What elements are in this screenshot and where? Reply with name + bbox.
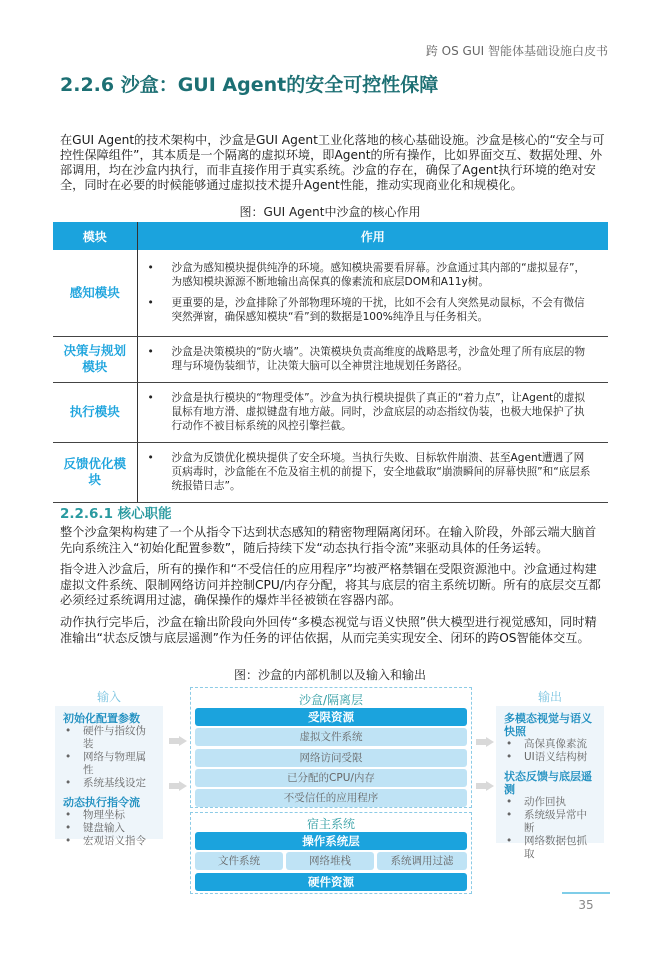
bullet-icon: •: [148, 451, 172, 493]
input-item: •宏观语义指令: [63, 835, 155, 848]
table-row: 执行模块 •沙盒是执行模块的“物理受体”。沙盒为执行模块提供了真正的“着力点”，…: [53, 382, 608, 442]
input-panel: 初始化配置参数 •硬件与指纹伪装 •网络与物理属性 •系统基线设定 动态执行指令…: [55, 706, 163, 839]
bullet-item: •沙盒是执行模块的“物理受体”。沙盒为执行模块提供了真正的“着力点”，让Agen…: [148, 391, 595, 433]
arrow-right-icon: [169, 736, 187, 746]
host-title: 宿主系统: [190, 815, 472, 832]
table-row: 感知模块 •沙盒为感知模块提供纯净的环境。感知模块需要看屏幕。沙盒通过其内部的“…: [53, 250, 608, 336]
hardware-bar: 硬件资源: [195, 873, 467, 891]
header-role: 作用: [137, 222, 608, 250]
body-paragraph: 动作执行完毕后，沙盒在输出阶段向外回传“多模态视觉与语义快照”供大模型进行视觉感…: [60, 615, 605, 646]
arrow-right-icon: [476, 781, 494, 791]
sandbox-layer: 不受信任的应用程序: [195, 789, 467, 807]
section-title: 2.2.6 沙盒：GUI Agent的安全可控性保障: [60, 70, 438, 97]
arrow-right-icon: [169, 781, 187, 791]
bullet-icon: •: [148, 391, 172, 433]
output-group-title: 状态反馈与底层遥测: [504, 770, 596, 796]
output-group-title: 多模态视觉与语义快照: [504, 712, 596, 738]
input-item: •硬件与指纹伪装: [63, 725, 155, 751]
output-item: •UI语义结构树: [504, 751, 596, 764]
restricted-resources-bar: 受限资源: [195, 708, 467, 726]
bullet-icon: •: [148, 261, 172, 289]
running-header: 跨 OS GUI 智能体基础设施白皮书: [426, 42, 608, 59]
table-header-row: 模块 作用: [53, 222, 608, 250]
output-label: 输出: [496, 688, 604, 705]
output-item: •动作回执: [504, 796, 596, 809]
footer-rule: [562, 892, 610, 894]
output-item: •系统级异常中断: [504, 809, 596, 835]
sandbox-layer: 已分配的CPU/内存: [195, 769, 467, 787]
sandbox-title: 沙盒/隔离层: [190, 691, 472, 708]
bullet-item: •沙盒是决策模块的“防火墙”。决策模块负责高维度的战略思考，沙盒处理了所有底层的…: [148, 345, 595, 373]
body-paragraph: 指令进入沙盒后，所有的操作和“不受信任的应用程序”均被严格禁锢在受限资源池中。沙…: [60, 562, 605, 609]
diagram-caption: 图：沙盒的内部机制以及输入和输出: [0, 666, 660, 683]
module-cell: 决策与规划模块: [53, 336, 137, 382]
output-item: •网络数据包抓取: [504, 835, 596, 861]
input-group-title: 初始化配置参数: [63, 712, 155, 725]
os-part: 网络堆栈: [286, 852, 374, 870]
table-caption: 图：GUI Agent中沙盒的核心作用: [0, 203, 660, 220]
module-cell: 反馈优化模块: [53, 442, 137, 502]
body-paragraph: 整个沙盒架构构建了一个从指令下达到状态感知的精密物理隔离闭环。在输入阶段，外部云…: [60, 525, 605, 556]
input-group-title: 动态执行指令流: [63, 796, 155, 809]
table-row: 反馈优化模块 •沙盒为反馈优化模块提供了安全环境。当执行失败、目标软件崩溃、甚至…: [53, 442, 608, 502]
bullet-item: •沙盒为感知模块提供纯净的环境。感知模块需要看屏幕。沙盒通过其内部的“虚拟显存”…: [148, 261, 595, 289]
role-cell: •沙盒为感知模块提供纯净的环境。感知模块需要看屏幕。沙盒通过其内部的“虚拟显存”…: [137, 250, 608, 336]
bullet-item: •更重要的是，沙盒排除了外部物理环境的干扰，比如不会有人突然晃动鼠标，不会有微信…: [148, 296, 595, 324]
header-module: 模块: [53, 222, 137, 250]
role-cell: •沙盒为反馈优化模块提供了安全环境。当执行失败、目标软件崩溃、甚至Agent遭遇…: [137, 442, 608, 502]
sandbox-layer: 网络访问受限: [195, 749, 467, 767]
input-item: •物理坐标: [63, 809, 155, 822]
core-role-table: 模块 作用 感知模块 •沙盒为感知模块提供纯净的环境。感知模块需要看屏幕。沙盒通…: [53, 222, 608, 503]
bullet-item: •沙盒为反馈优化模块提供了安全环境。当执行失败、目标软件崩溃、甚至Agent遭遇…: [148, 451, 595, 493]
os-part: 文件系统: [195, 852, 283, 870]
input-item: •键盘输入: [63, 822, 155, 835]
arrow-right-icon: [476, 737, 494, 747]
sandbox-layer: 虚拟文件系统: [195, 728, 467, 746]
output-panel: 多模态视觉与语义快照 •高保真像素流 •UI语义结构树 状态反馈与底层遥测 •动…: [496, 706, 604, 843]
role-cell: •沙盒是执行模块的“物理受体”。沙盒为执行模块提供了真正的“着力点”，让Agen…: [137, 382, 608, 442]
module-cell: 感知模块: [53, 250, 137, 336]
input-label: 输入: [55, 688, 163, 705]
subsection-title: 2.2.6.1 核心职能: [60, 502, 172, 522]
input-item: •网络与物理属性: [63, 751, 155, 777]
os-layer-bar: 操作系统层: [195, 832, 467, 850]
page-number: 35: [562, 898, 610, 912]
bullet-icon: •: [148, 345, 172, 373]
intro-paragraph: 在GUI Agent的技术架构中，沙盒是GUI Agent工业化落地的核心基础设…: [60, 133, 605, 193]
role-cell: •沙盒是决策模块的“防火墙”。决策模块负责高维度的战略思考，沙盒处理了所有底层的…: [137, 336, 608, 382]
module-cell: 执行模块: [53, 382, 137, 442]
bullet-icon: •: [148, 296, 172, 324]
table-row: 决策与规划模块 •沙盒是决策模块的“防火墙”。决策模块负责高维度的战略思考，沙盒…: [53, 336, 608, 382]
os-part: 系统调用过滤: [377, 852, 467, 870]
output-item: •高保真像素流: [504, 738, 596, 751]
input-item: •系统基线设定: [63, 777, 155, 790]
